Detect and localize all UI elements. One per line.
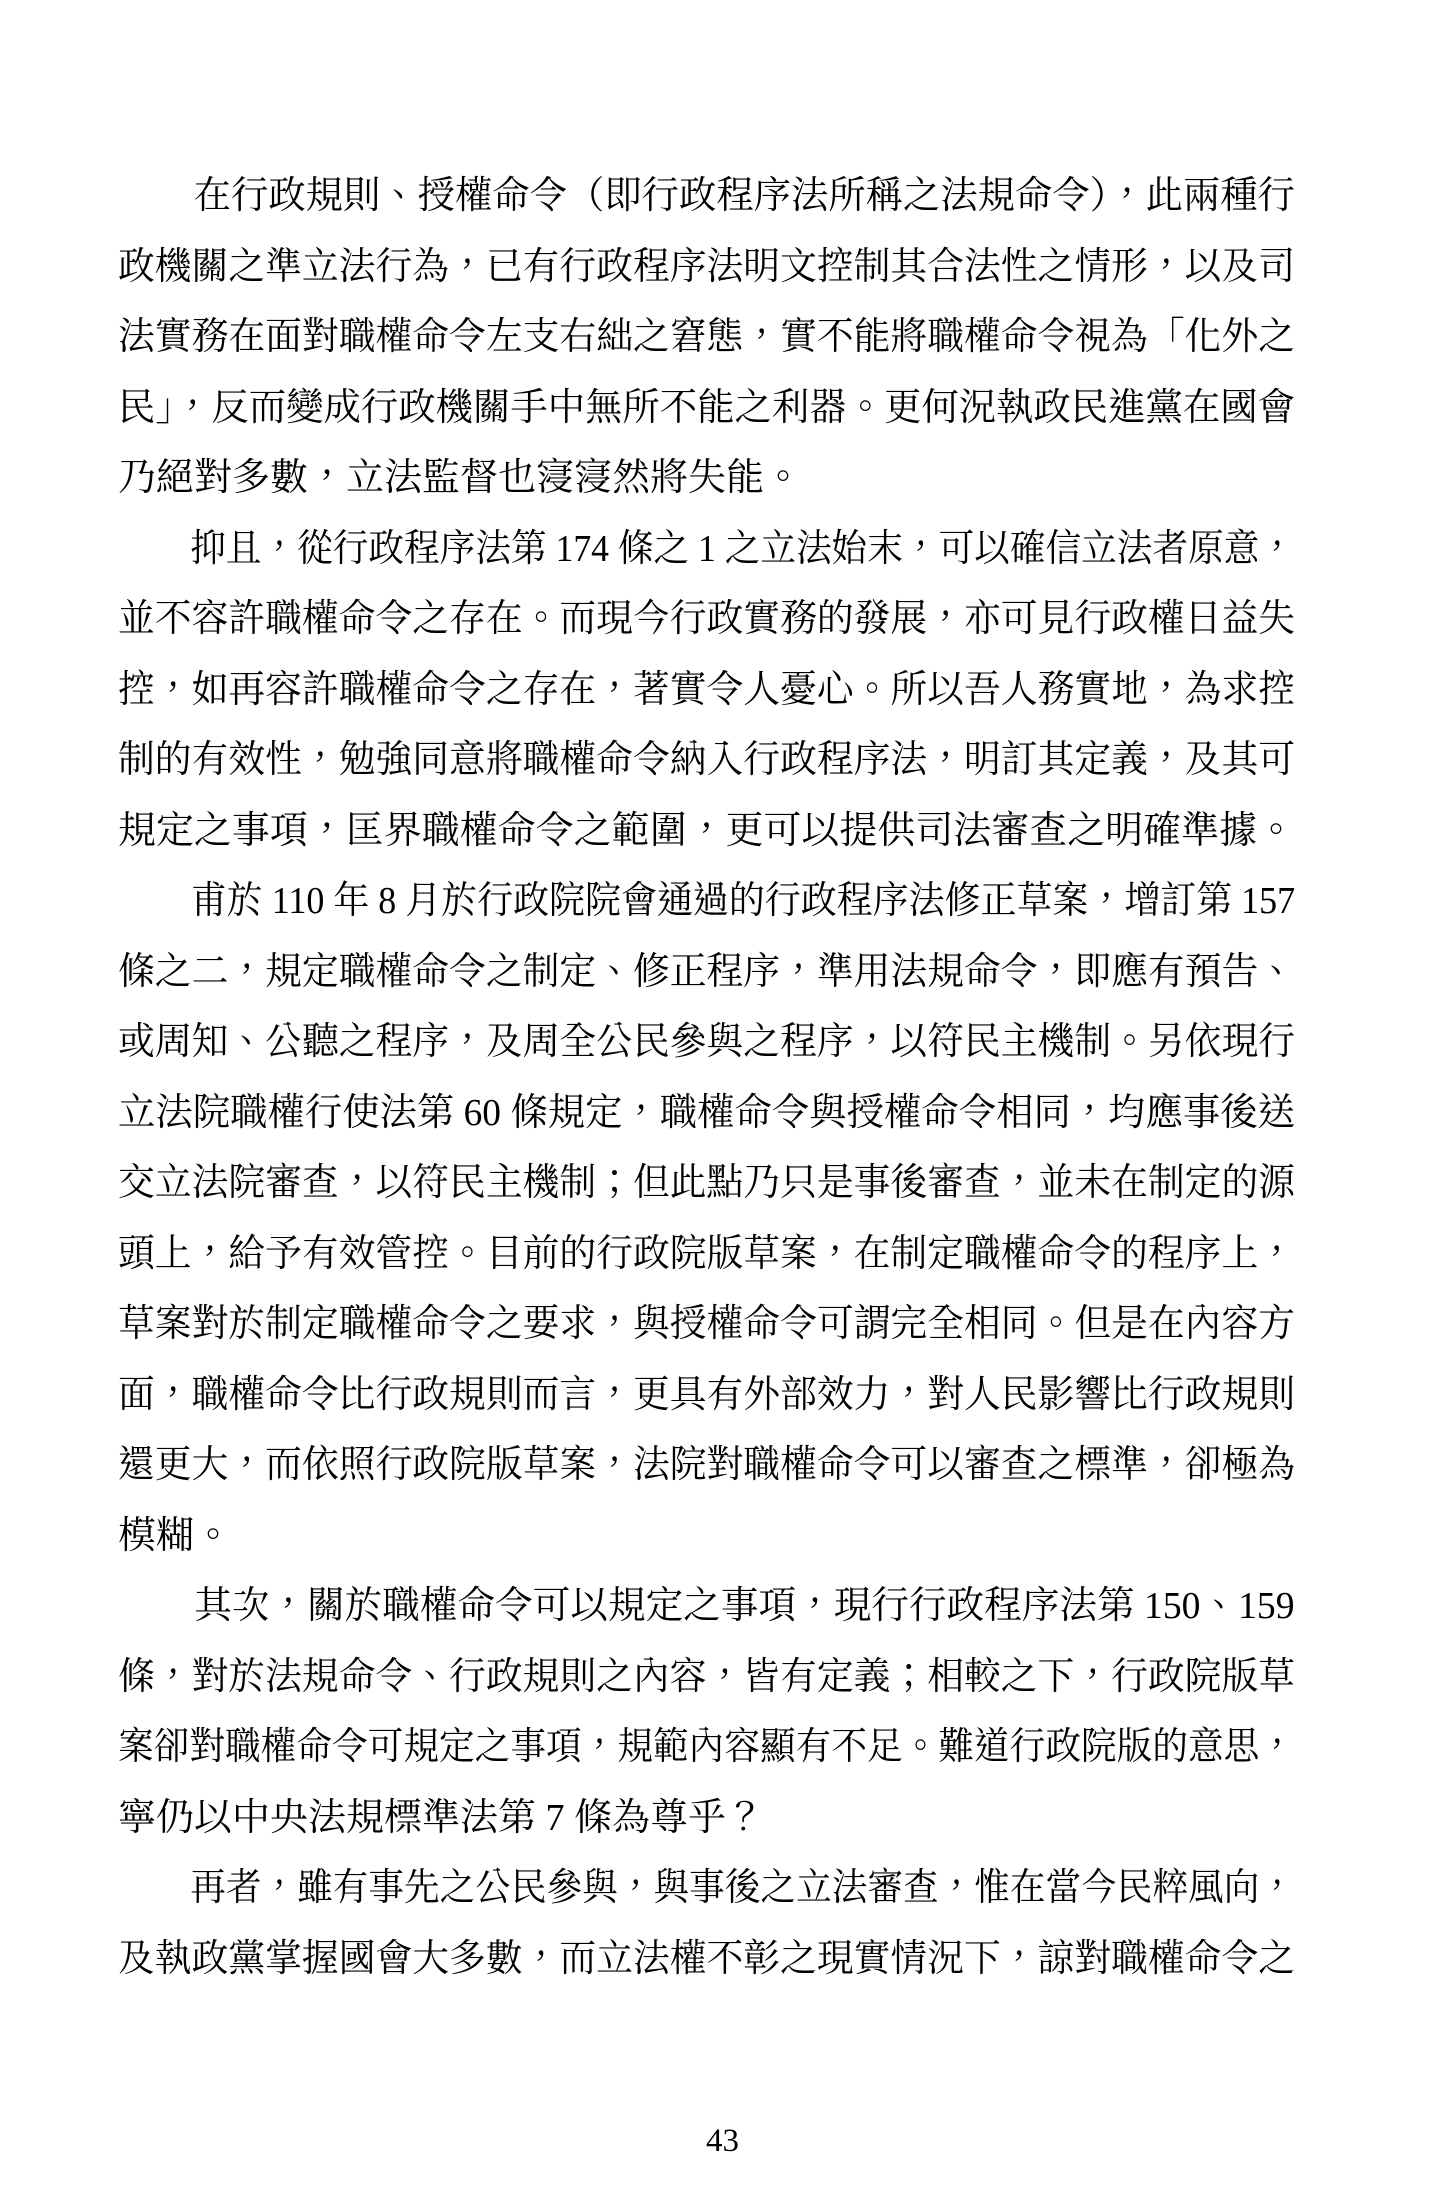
text-line: 在行政規則、授權命令（即行政程序法所稱之法規命令），此兩種行 (118, 161, 1274, 232)
text-line: 規定之事項，匡界職權命令之範圍，更可以提供司法審查之明確準據。 (118, 796, 1294, 867)
paragraph: 再者，雖有事先之公民參與，與事後之立法審查，惟在當今民粹風向，及執政黨掌握國會大… (118, 1853, 1295, 1994)
text-line: 及執政黨掌握國會大多數，而立法權不彰之現實情況下，諒對職權命令之 (118, 1924, 1257, 1995)
text-line: 或周知、公聽之程序，及周全公民參與之程序，以符民主機制。另依現行 (118, 1007, 1257, 1078)
text-line: 草案對於制定職權命令之要求，與授權命令可謂完全相同。但是在內容方 (118, 1289, 1257, 1360)
document-body: 在行政規則、授權命令（即行政程序法所稱之法規命令），此兩種行政機關之準立法行為，… (118, 161, 1295, 1994)
text-line: 頭上，給予有效管控。目前的行政院版草案，在制定職權命令的程序上， (118, 1219, 1257, 1290)
text-line: 乃絕對多數，立法監督也寖寖然將失能。 (118, 443, 1295, 514)
text-line: 甫於 110 年 8 月於行政院院會通過的行政程序法修正草案，增訂第 157 (118, 866, 1232, 937)
text-line: 還更大，而依照行政院版草案，法院對職權命令可以審查之標準，卻極為 (118, 1430, 1257, 1501)
text-line: 面，職權命令比行政規則而言，更具有外部效力，對人民影響比行政規則 (118, 1360, 1257, 1431)
paragraph: 其次，關於職權命令可以規定之事項，現行行政程序法第 150、159條，對於法規命… (118, 1571, 1295, 1853)
text-line: 模糊。 (118, 1501, 1295, 1572)
text-line: 民」，反而變成行政機關手中無所不能之利器。更何況執政民進黨在國會 (118, 373, 1275, 444)
text-line: 法實務在面對職權命令左支右絀之窘態，實不能將職權命令視為「化外之 (118, 302, 1257, 373)
paragraph: 甫於 110 年 8 月於行政院院會通過的行政程序法修正草案，增訂第 157條之… (118, 866, 1295, 1571)
text-line: 寧仍以中央法規標準法第 7 條為尊乎？ (118, 1783, 1295, 1854)
paragraph: 抑且，從行政程序法第 174 條之 1 之立法始末，可以確信立法者原意，並不容許… (118, 514, 1295, 867)
text-line: 立法院職權行使法第 60 條規定，職權命令與授權命令相同，均應事後送 (118, 1078, 1275, 1149)
text-line: 控，如再容許職權命令之存在，著實令人憂心。所以吾人務實地，為求控 (118, 655, 1257, 726)
text-line: 抑且，從行政程序法第 174 條之 1 之立法始末，可以確信立法者原意， (118, 514, 1222, 585)
text-line: 政機關之準立法行為，已有行政程序法明文控制其合法性之情形，以及司 (118, 232, 1257, 303)
paragraph: 在行政規則、授權命令（即行政程序法所稱之法規命令），此兩種行政機關之準立法行為，… (118, 161, 1295, 514)
text-line: 其次，關於職權命令可以規定之事項，現行行政程序法第 150、159 (118, 1571, 1283, 1642)
text-line: 條，對於法規命令、行政規則之內容，皆有定義；相較之下，行政院版草 (118, 1642, 1257, 1713)
text-line: 交立法院審查，以符民主機制；但此點乃只是事後審查，並未在制定的源 (118, 1148, 1257, 1219)
page-number: 43 (0, 2120, 1445, 2162)
text-line: 案卻對職權命令可規定之事項，規範內容顯有不足。難道行政院版的意思， (118, 1712, 1223, 1783)
text-line: 再者，雖有事先之公民參與，與事後之立法審查，惟在當今民粹風向， (118, 1853, 1222, 1924)
text-line: 並不容許職權命令之存在。而現今行政實務的發展，亦可見行政權日益失 (118, 584, 1257, 655)
text-line: 條之二，規定職權命令之制定、修正程序，準用法規命令，即應有預告、 (118, 937, 1257, 1008)
text-line: 制的有效性，勉強同意將職權命令納入行政程序法，明訂其定義，及其可 (118, 725, 1257, 796)
